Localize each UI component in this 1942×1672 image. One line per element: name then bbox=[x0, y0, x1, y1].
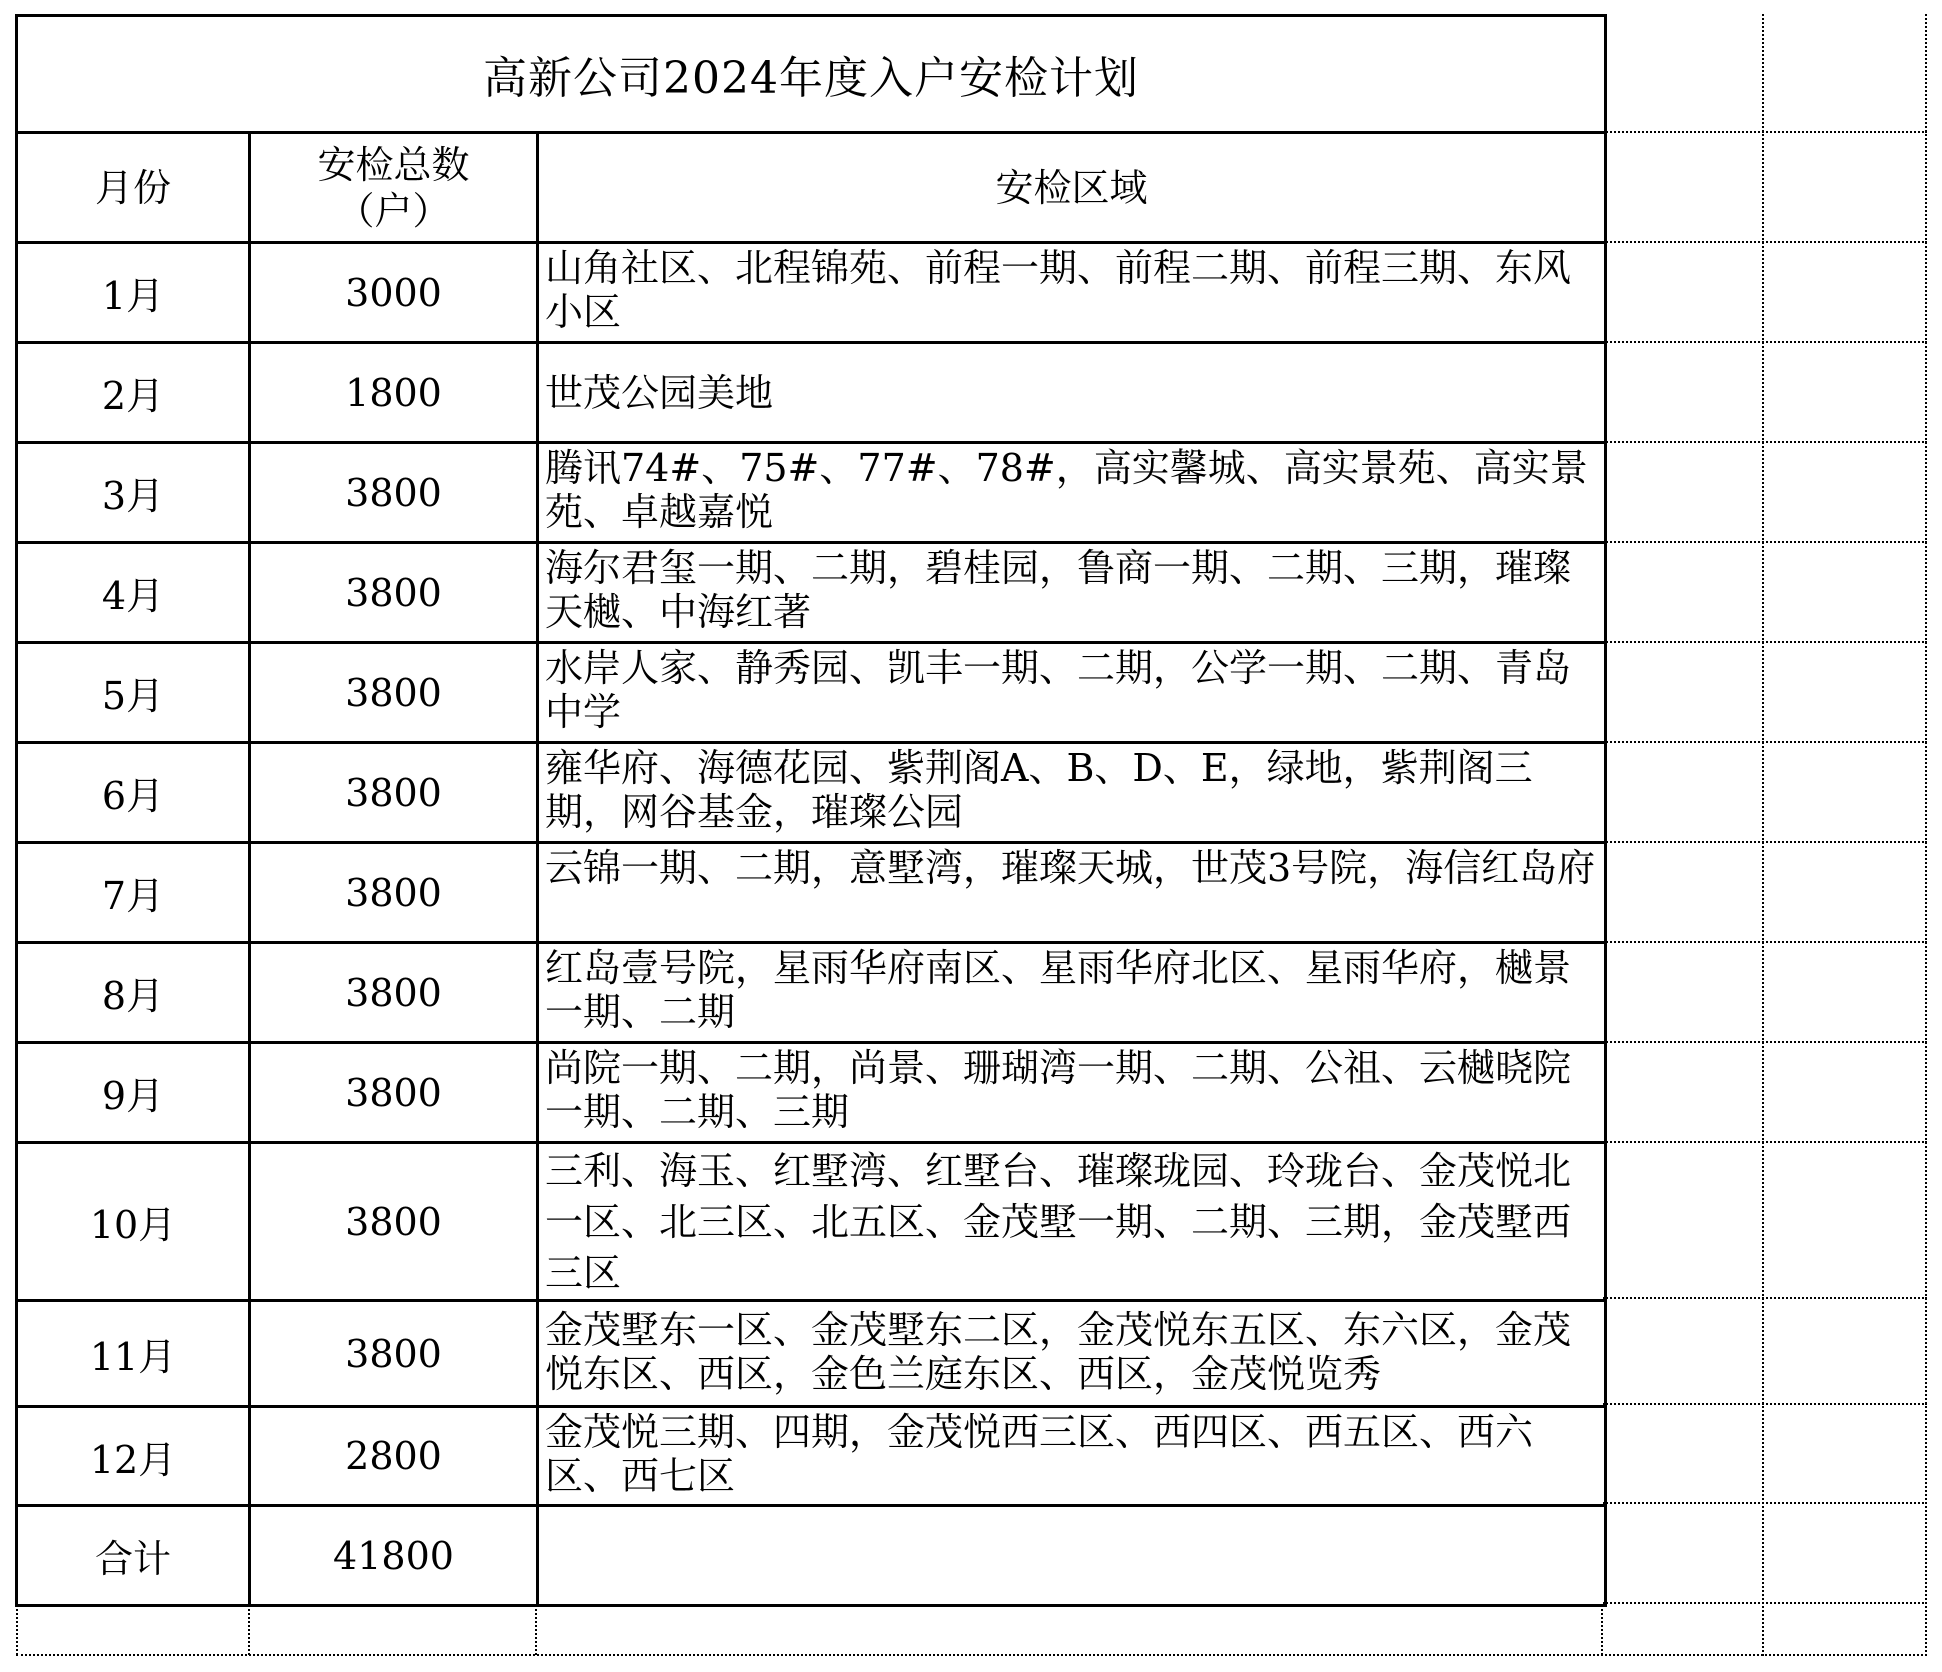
table-row: 12月 2800 金茂悦三期、四期，金茂悦西三区、西四区、西五区、西六区、西七区 bbox=[17, 1407, 1606, 1506]
table-row: 11月 3800 金茂墅东一区、金茂墅东二区，金茂悦东五区、东六区，金茂悦东区、… bbox=[17, 1301, 1606, 1407]
area-cell[interactable]: 雍华府、海德花园、紫荆阁A、B、D、E，绿地，紫荆阁三期，网谷基金，璀璨公园 bbox=[538, 743, 1606, 843]
header-count-unit: （户） bbox=[251, 188, 536, 234]
header-row: 月份 安检总数 （户） 安检区域 bbox=[17, 133, 1606, 243]
count-cell[interactable]: 1800 bbox=[250, 343, 538, 443]
gridline bbox=[1603, 541, 1927, 543]
count-cell[interactable]: 3800 bbox=[250, 443, 538, 543]
area-cell[interactable]: 海尔君玺一期、二期，碧桂园，鲁商一期、二期、三期，璀璨天樾、中海红著 bbox=[538, 543, 1606, 643]
gridline bbox=[1603, 1502, 1927, 1504]
gridline bbox=[1601, 1604, 1603, 1655]
gridline bbox=[1603, 741, 1927, 743]
header-month[interactable]: 月份 bbox=[17, 133, 250, 243]
table-row: 10月 3800 三利、海玉、红墅湾、红墅台、璀璨珑园、玲珑台、金茂悦北一区、北… bbox=[17, 1143, 1606, 1301]
count-cell[interactable]: 3800 bbox=[250, 843, 538, 943]
gridline bbox=[16, 1654, 1927, 1656]
count-cell[interactable]: 3800 bbox=[250, 1301, 538, 1407]
area-cell[interactable]: 腾讯74#、75#、77#、78#，高实馨城、高实景苑、高实景苑、卓越嘉悦 bbox=[538, 443, 1606, 543]
spreadsheet-sheet: 高新公司2024年度入户安检计划 月份 安检总数 （户） 安检区域 1月 300… bbox=[0, 0, 1942, 1672]
count-cell[interactable]: 3000 bbox=[250, 243, 538, 343]
month-cell[interactable]: 6月 bbox=[17, 743, 250, 843]
month-cell[interactable]: 8月 bbox=[17, 943, 250, 1043]
count-cell[interactable]: 3800 bbox=[250, 743, 538, 843]
table-row: 4月 3800 海尔君玺一期、二期，碧桂园，鲁商一期、二期、三期，璀璨天樾、中海… bbox=[17, 543, 1606, 643]
total-row: 合计 41800 bbox=[17, 1506, 1606, 1606]
gridline bbox=[1603, 1141, 1927, 1143]
title-row: 高新公司2024年度入户安检计划 bbox=[17, 16, 1606, 133]
table-row: 2月 1800 世茂公园美地 bbox=[17, 343, 1606, 443]
area-cell[interactable]: 红岛壹号院，星雨华府南区、星雨华府北区、星雨华府，樾景一期、二期 bbox=[538, 943, 1606, 1043]
gridline bbox=[1603, 441, 1927, 443]
count-cell[interactable]: 3800 bbox=[250, 643, 538, 743]
area-cell[interactable]: 金茂墅东一区、金茂墅东二区，金茂悦东五区、东六区，金茂悦东区、西区，金色兰庭东区… bbox=[538, 1301, 1606, 1407]
gridline bbox=[1603, 1297, 1927, 1299]
header-count[interactable]: 安检总数 （户） bbox=[250, 133, 538, 243]
month-cell[interactable]: 2月 bbox=[17, 343, 250, 443]
total-label[interactable]: 合计 bbox=[17, 1506, 250, 1606]
table-row: 1月 3000 山角社区、北程锦苑、前程一期、前程二期、前程三期、东风小区 bbox=[17, 243, 1606, 343]
area-cell[interactable]: 云锦一期、二期，意墅湾，璀璨天城，世茂3号院，海信红岛府 bbox=[538, 843, 1606, 943]
table-row: 9月 3800 尚院一期、二期，尚景、珊瑚湾一期、二期、公祖、云樾晓院一期、二期… bbox=[17, 1043, 1606, 1143]
gridline bbox=[1603, 1041, 1927, 1043]
month-cell[interactable]: 3月 bbox=[17, 443, 250, 543]
total-count[interactable]: 41800 bbox=[250, 1506, 538, 1606]
count-cell[interactable]: 2800 bbox=[250, 1407, 538, 1506]
header-area[interactable]: 安检区域 bbox=[538, 133, 1606, 243]
count-cell[interactable]: 3800 bbox=[250, 1043, 538, 1143]
table-row: 3月 3800 腾讯74#、75#、77#、78#，高实馨城、高实景苑、高实景苑… bbox=[17, 443, 1606, 543]
area-cell[interactable]: 山角社区、北程锦苑、前程一期、前程二期、前程三期、东风小区 bbox=[538, 243, 1606, 343]
inspection-plan-table: 高新公司2024年度入户安检计划 月份 安检总数 （户） 安检区域 1月 300… bbox=[15, 14, 1607, 1607]
table-row: 6月 3800 雍华府、海德花园、紫荆阁A、B、D、E，绿地，紫荆阁三期，网谷基… bbox=[17, 743, 1606, 843]
gridline bbox=[1762, 14, 1764, 1656]
count-cell[interactable]: 3800 bbox=[250, 1143, 538, 1301]
area-cell[interactable]: 三利、海玉、红墅湾、红墅台、璀璨珑园、玲珑台、金茂悦北一区、北三区、北五区、金茂… bbox=[538, 1143, 1606, 1301]
gridline bbox=[1603, 941, 1927, 943]
table-title[interactable]: 高新公司2024年度入户安检计划 bbox=[17, 16, 1606, 133]
area-cell[interactable]: 世茂公园美地 bbox=[538, 343, 1606, 443]
gridline bbox=[248, 1604, 250, 1655]
count-cell[interactable]: 3800 bbox=[250, 543, 538, 643]
area-cell[interactable]: 尚院一期、二期，尚景、珊瑚湾一期、二期、公祖、云樾晓院一期、二期、三期 bbox=[538, 1043, 1606, 1143]
gridline bbox=[1603, 1602, 1927, 1604]
month-cell[interactable]: 1月 bbox=[17, 243, 250, 343]
month-cell[interactable]: 7月 bbox=[17, 843, 250, 943]
gridline bbox=[1603, 131, 1927, 133]
gridline bbox=[535, 1604, 537, 1655]
table-row: 8月 3800 红岛壹号院，星雨华府南区、星雨华府北区、星雨华府，樾景一期、二期 bbox=[17, 943, 1606, 1043]
month-cell[interactable]: 12月 bbox=[17, 1407, 250, 1506]
month-cell[interactable]: 4月 bbox=[17, 543, 250, 643]
table-row: 5月 3800 水岸人家、静秀园、凯丰一期、二期，公学一期、二期、青岛中学 bbox=[17, 643, 1606, 743]
gridline bbox=[1603, 341, 1927, 343]
area-cell[interactable]: 水岸人家、静秀园、凯丰一期、二期，公学一期、二期、青岛中学 bbox=[538, 643, 1606, 743]
table-row: 7月 3800 云锦一期、二期，意墅湾，璀璨天城，世茂3号院，海信红岛府 bbox=[17, 843, 1606, 943]
gridline bbox=[16, 1604, 18, 1655]
header-count-label: 安检总数 bbox=[251, 142, 536, 188]
gridline bbox=[1603, 841, 1927, 843]
gridline bbox=[1603, 1403, 1927, 1405]
month-cell[interactable]: 9月 bbox=[17, 1043, 250, 1143]
month-cell[interactable]: 10月 bbox=[17, 1143, 250, 1301]
month-cell[interactable]: 11月 bbox=[17, 1301, 250, 1407]
gridline bbox=[1925, 14, 1927, 1656]
gridline bbox=[1603, 241, 1927, 243]
gridline bbox=[1603, 641, 1927, 643]
month-cell[interactable]: 5月 bbox=[17, 643, 250, 743]
count-cell[interactable]: 3800 bbox=[250, 943, 538, 1043]
total-area[interactable] bbox=[538, 1506, 1606, 1606]
area-cell[interactable]: 金茂悦三期、四期，金茂悦西三区、西四区、西五区、西六区、西七区 bbox=[538, 1407, 1606, 1506]
